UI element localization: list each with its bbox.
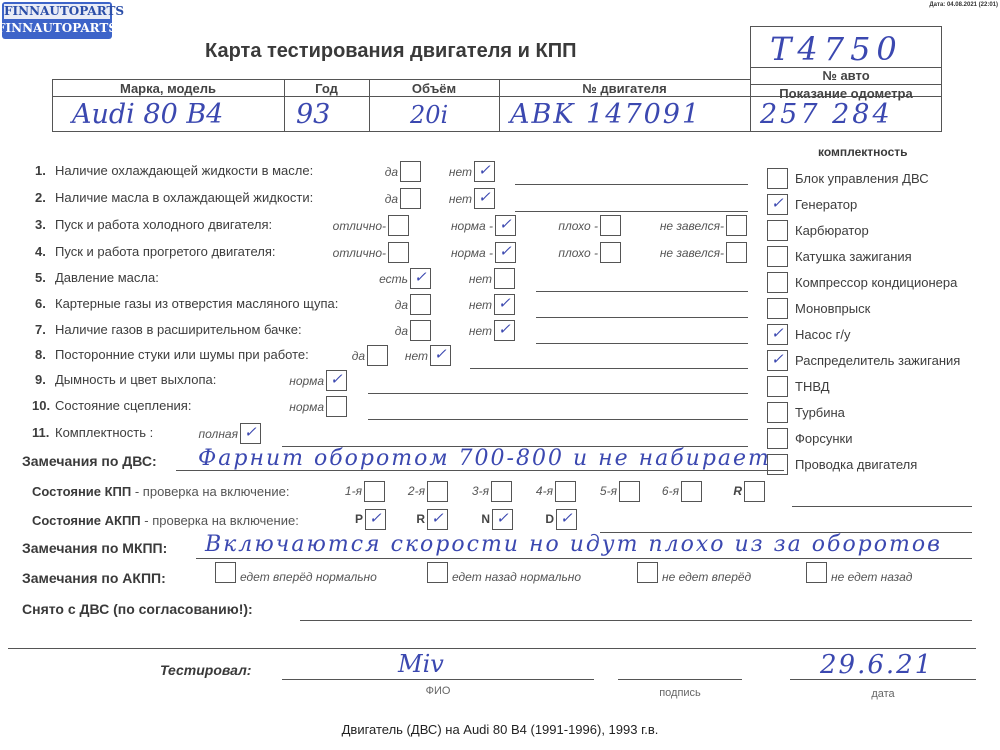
kit-item-label: Турбина [795, 405, 845, 420]
gear-label: 2-я [385, 484, 425, 498]
car-no-label: № авто [750, 68, 942, 83]
auto-remark-checkbox[interactable] [806, 562, 827, 583]
date-caption: дата [790, 688, 976, 700]
check-label: Давление масла: [55, 270, 159, 285]
option-label: не завелся- [566, 246, 724, 260]
gear-checkbox[interactable] [364, 481, 385, 502]
kit-checkbox[interactable] [767, 376, 788, 397]
manual-remarks-value[interactable]: Включаются скорости но идут плохо из за … [205, 532, 942, 557]
removed-field[interactable] [300, 620, 972, 621]
kit-checkbox[interactable]: ✓ [767, 194, 788, 215]
check-number: 4. [35, 244, 46, 259]
check-label: Наличие газов в расширительном бачке: [55, 322, 302, 337]
check-mark-icon: ✓ [478, 188, 491, 206]
option-checkbox[interactable] [326, 396, 347, 417]
col-volume: Объём [369, 81, 499, 96]
option-label: нет [350, 192, 472, 206]
option-label: нет [375, 272, 492, 286]
auto-gearbox-label: Состояние АКПП - проверка на включение: [32, 513, 299, 528]
auto-remarks-label: Замечания по АКПП: [22, 570, 166, 586]
check-number: 5. [35, 270, 46, 285]
option-label: нет [315, 349, 428, 363]
check-mark-icon: ✓ [431, 509, 444, 527]
option-checkbox[interactable] [494, 268, 515, 289]
check-number: 9. [35, 372, 46, 387]
auto-remark-checkbox[interactable] [637, 562, 658, 583]
kit-checkbox[interactable] [767, 402, 788, 423]
engine-no-value[interactable]: ABK 147091 [510, 99, 701, 130]
check-mark-icon: ✓ [771, 350, 784, 368]
check-number: 3. [35, 217, 46, 232]
kit-item-label: Компрессор кондиционера [795, 275, 957, 290]
gear-checkbox[interactable]: ✓ [365, 509, 386, 530]
gear-checkbox[interactable]: ✓ [427, 509, 448, 530]
logo-line-2: FINNAUTOPARTS [0, 19, 117, 37]
make-model-value[interactable]: Audi 80 B4 [72, 99, 223, 130]
gear-checkbox[interactable] [681, 481, 702, 502]
volume-value[interactable]: 20i [410, 101, 448, 129]
kit-item-label: Проводка двигателя [795, 457, 917, 472]
check-mark-icon: ✓ [498, 320, 511, 338]
signature-field[interactable] [618, 679, 742, 680]
check-mark-icon: ✓ [369, 509, 382, 527]
check-label: Наличие охлаждающей жидкости в масле: [55, 163, 313, 178]
option-label: нет [375, 298, 492, 312]
col-engine-no: № двигателя [499, 81, 750, 96]
option-label: не завелся- [566, 219, 724, 233]
gear-checkbox[interactable] [555, 481, 576, 502]
gear-checkbox[interactable] [427, 481, 448, 502]
removed-label: Снято с ДВС (по согласованию!): [22, 601, 253, 617]
gear-label: 1-я [322, 484, 362, 498]
kit-checkbox[interactable]: ✓ [767, 350, 788, 371]
engine-remarks-label: Замечания по ДВС: [22, 453, 157, 469]
option-checkbox[interactable]: ✓ [474, 188, 495, 209]
gear-checkbox[interactable] [619, 481, 640, 502]
kit-checkbox[interactable]: ✓ [767, 324, 788, 345]
page-footer-caption: Двигатель (ДВС) на Audi 80 B4 (1991-1996… [0, 722, 1000, 737]
gear-checkbox[interactable]: ✓ [556, 509, 577, 530]
gear-label: D [514, 512, 554, 526]
gear-label: N [450, 512, 490, 526]
gear-label: 3-я [449, 484, 489, 498]
check-number: 10. [32, 398, 50, 413]
signature-caption: подпись [618, 687, 742, 699]
check-mark-icon: ✓ [771, 194, 784, 212]
kit-item-label: Генератор [795, 197, 857, 212]
option-label: норма [200, 374, 324, 388]
date-stamp: Дата: 04.08.2021 (22:01) [929, 2, 998, 8]
gear-label: P [323, 512, 363, 526]
page-title: Карта тестирования двигателя и КПП [205, 40, 576, 63]
kit-item-label: Форсунки [795, 431, 852, 446]
option-label: нет [350, 165, 472, 179]
car-no-value[interactable]: T4750 [770, 30, 903, 68]
auto-remark-checkbox[interactable] [427, 562, 448, 583]
check-mark-icon: ✓ [498, 294, 511, 312]
kit-checkbox[interactable] [767, 246, 788, 267]
option-label: нет [375, 324, 492, 338]
auto-remark-label: не едет назад [831, 570, 912, 584]
logo-line-1: FINNAUTOPARTS [4, 4, 110, 19]
option-checkbox[interactable]: ✓ [474, 161, 495, 182]
kit-title: комплектность [818, 145, 908, 159]
kit-item-label: Распределитель зажигания [795, 353, 960, 368]
option-checkbox[interactable]: ✓ [494, 320, 515, 341]
gear-label: R [385, 512, 425, 526]
check-mark-icon: ✓ [478, 161, 491, 179]
brand-logo: FINNAUTOPARTS FINNAUTOPARTS [2, 2, 112, 39]
gear-checkbox[interactable] [491, 481, 512, 502]
manual-remarks-label: Замечания по МКПП: [22, 540, 167, 556]
tested-by-label: Тестировал: [160, 662, 251, 678]
option-checkbox[interactable]: ✓ [326, 370, 347, 391]
gear-checkbox[interactable]: ✓ [492, 509, 513, 530]
kit-checkbox[interactable] [767, 298, 788, 319]
check-number: 11. [32, 425, 49, 440]
option-checkbox[interactable]: ✓ [240, 423, 261, 444]
option-label: норма [200, 400, 324, 414]
check-label: Картерные газы из отверстия масляного щу… [55, 296, 338, 311]
gear-label: 6-я [639, 484, 679, 498]
check-number: 8. [35, 347, 46, 362]
gear-label: R [702, 484, 742, 498]
option-checkbox[interactable] [726, 215, 747, 236]
option-checkbox[interactable] [726, 242, 747, 263]
check-mark-icon: ✓ [560, 509, 573, 527]
option-checkbox[interactable]: ✓ [494, 294, 515, 315]
odometer-value[interactable]: 257 284 [760, 99, 893, 130]
kit-item-label: Карбюратор [795, 223, 869, 238]
kit-item-label: Катушка зажигания [795, 249, 912, 264]
tester-name-value[interactable]: Miv [398, 650, 444, 678]
check-label: Состояние сцепления: [55, 398, 191, 413]
kit-checkbox[interactable] [767, 272, 788, 293]
check-number: 2. [35, 190, 46, 205]
gear-label: 4-я [513, 484, 553, 498]
check-mark-icon: ✓ [244, 423, 257, 441]
kit-checkbox[interactable] [767, 220, 788, 241]
gear-checkbox[interactable] [744, 481, 765, 502]
gear-label: 5-я [577, 484, 617, 498]
kit-item-label: Насос г/у [795, 327, 850, 342]
auto-remark-label: едет вперёд нормально [240, 570, 377, 584]
kit-item-label: Блок управления ДВС [795, 171, 929, 186]
auto-remark-checkbox[interactable] [215, 562, 236, 583]
auto-remark-label: не едет вперёд [662, 570, 751, 584]
check-label: Наличие масла в охлаждающей жидкости: [55, 190, 313, 205]
manual-gearbox-label: Состояние КПП - проверка на включение: [32, 484, 289, 499]
name-caption: ФИО [282, 685, 594, 697]
check-mark-icon: ✓ [434, 345, 447, 363]
check-mark-icon: ✓ [496, 509, 509, 527]
auto-remark-label: едет назад нормально [452, 570, 581, 584]
option-label: полная [110, 427, 238, 441]
date-value[interactable]: 29.6.21 [820, 650, 933, 680]
check-number: 1. [35, 163, 46, 178]
col-year: Год [284, 81, 369, 96]
check-mark-icon: ✓ [771, 324, 784, 342]
check-number: 6. [35, 296, 46, 311]
col-make-model: Марка, модель [52, 81, 284, 96]
engine-remarks-value[interactable]: Фарнит оборотом 700-800 и не набирает [198, 446, 771, 471]
check-mark-icon: ✓ [330, 370, 343, 388]
year-value[interactable]: 93 [296, 99, 330, 130]
kit-item-label: Моновпрыск [795, 301, 870, 316]
check-number: 7. [35, 322, 46, 337]
kit-checkbox[interactable] [767, 168, 788, 189]
check-label: Дымность и цвет выхлопа: [55, 372, 216, 387]
kit-item-label: ТНВД [795, 379, 830, 394]
option-checkbox[interactable]: ✓ [430, 345, 451, 366]
